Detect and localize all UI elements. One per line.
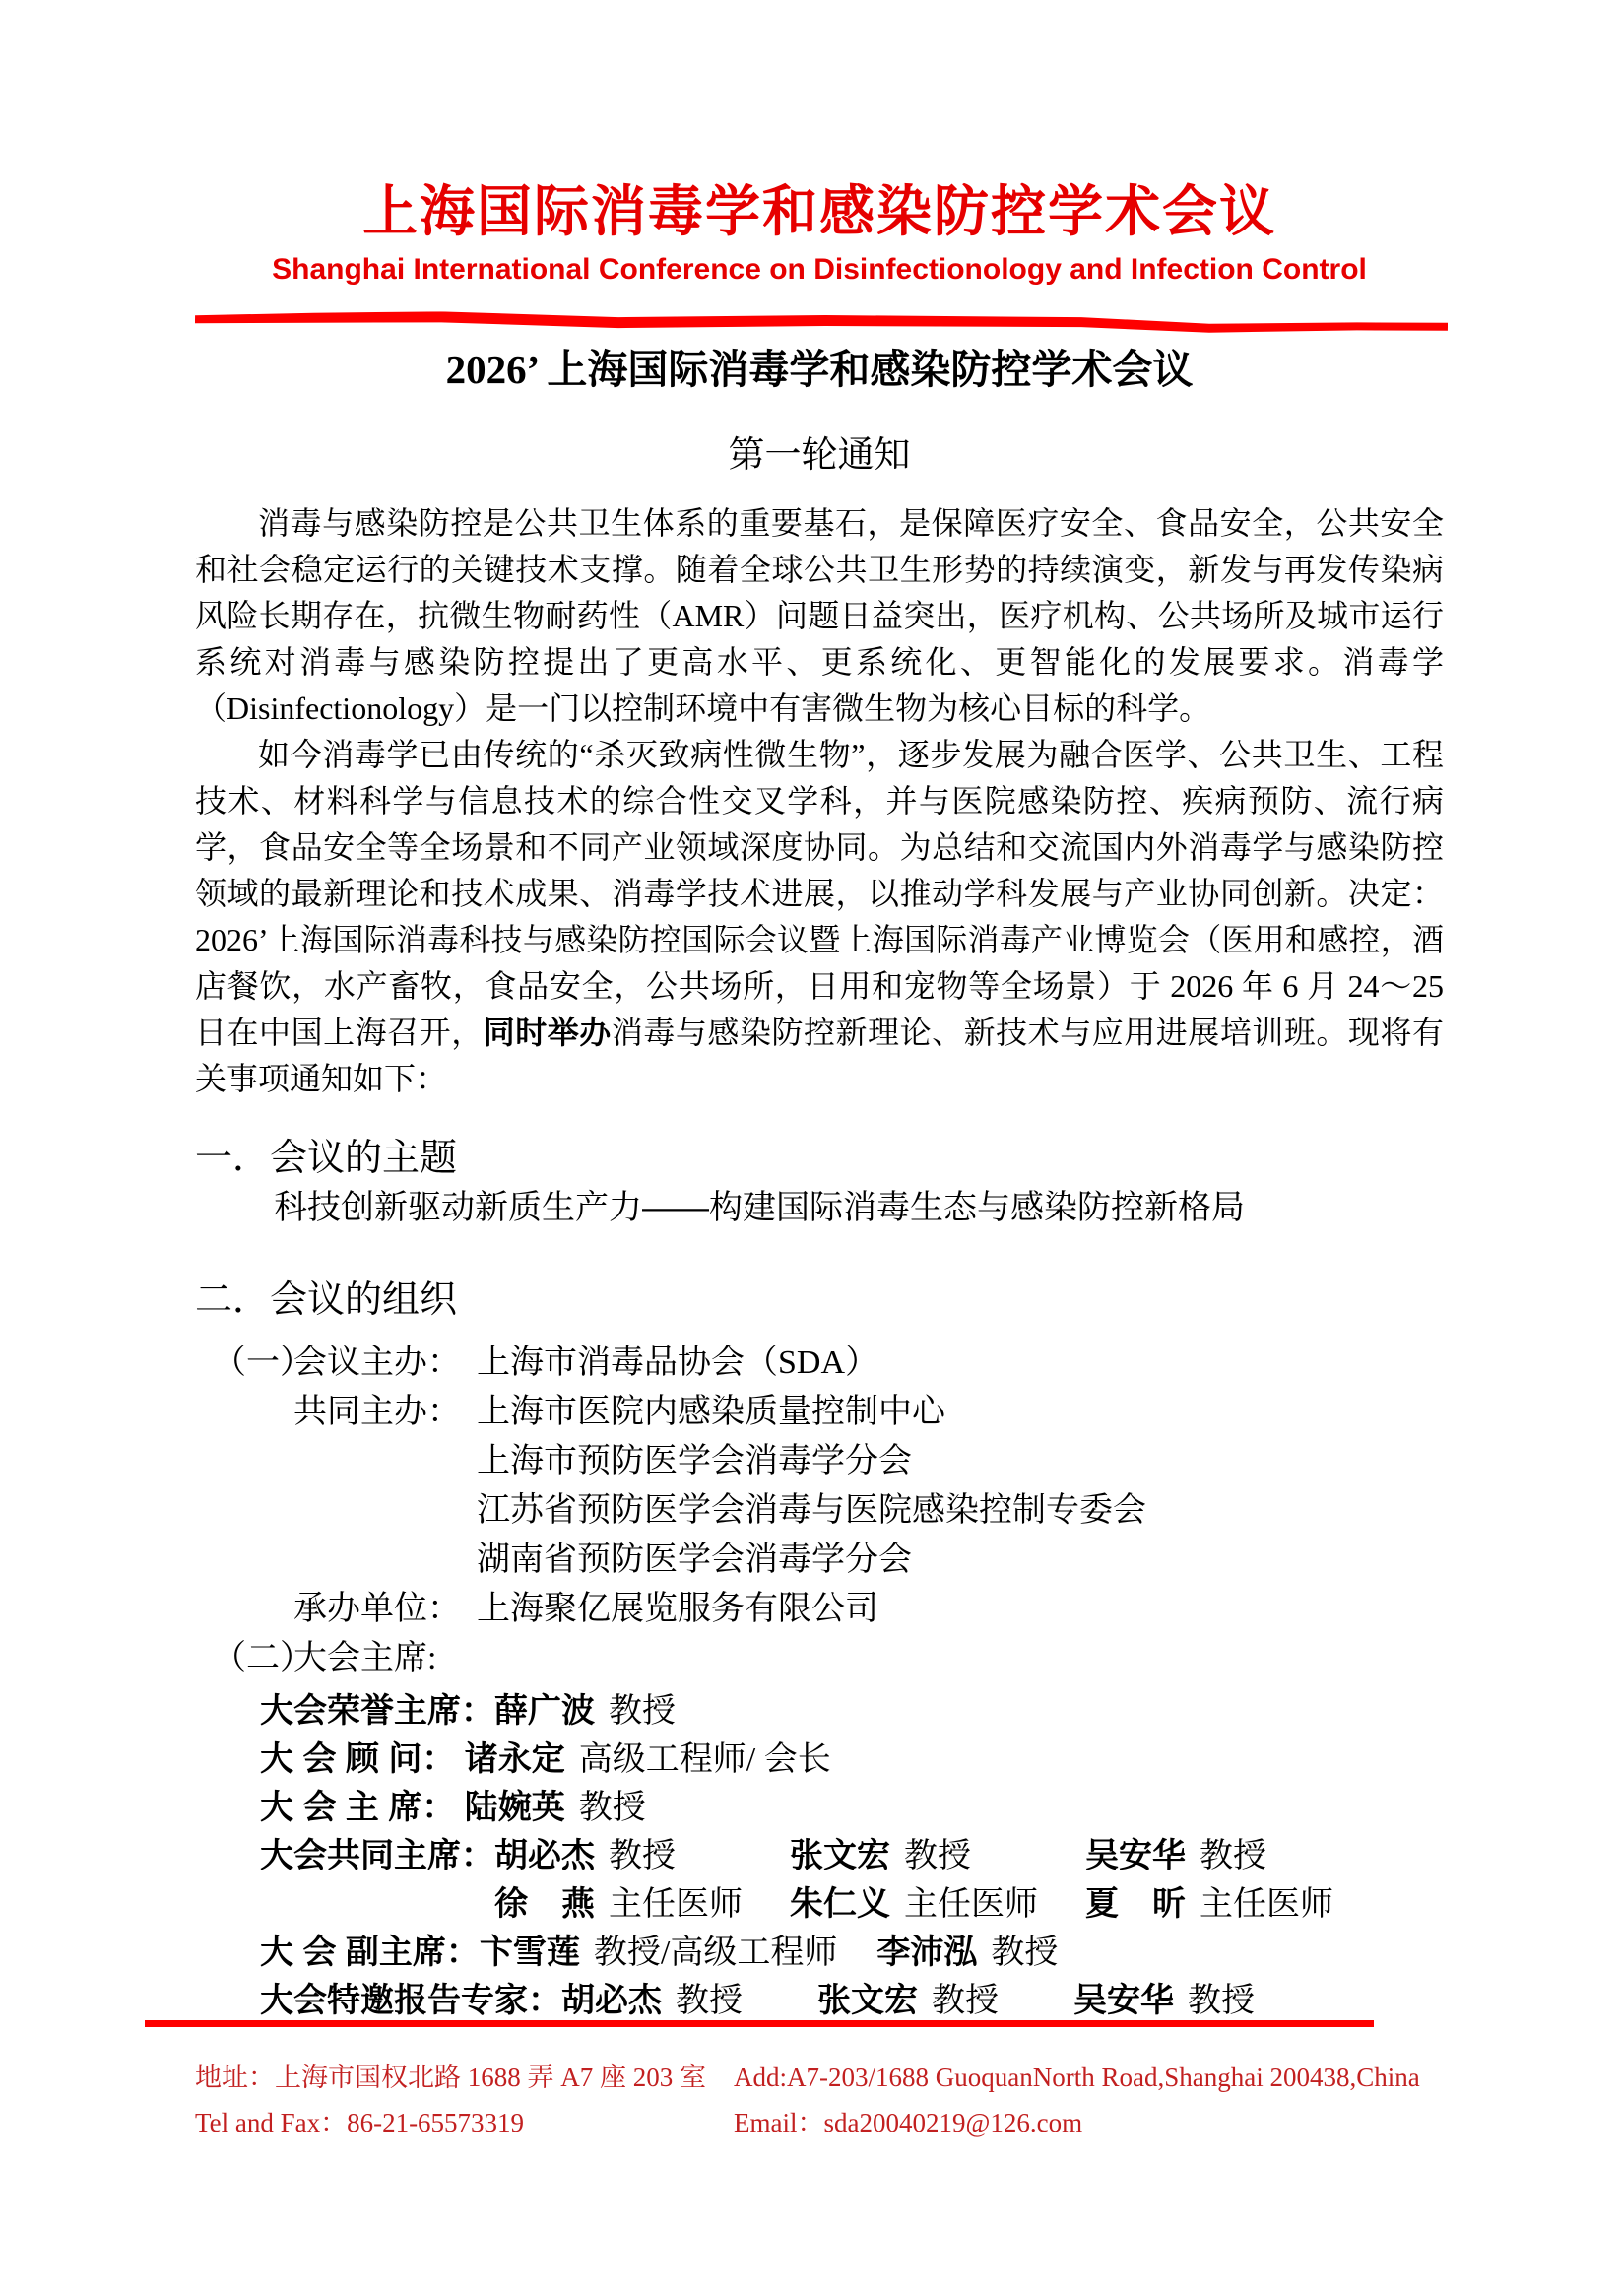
chair-person-title: 教授 — [609, 1838, 676, 1874]
org-prefix: （一） — [195, 1339, 293, 1388]
chair-row: 大会特邀报告专家：胡必杰教授张文宏教授吴安华教授 — [260, 1977, 1444, 2025]
org-row: 江苏省预防医学会消毒与医院感染控制专委会 — [195, 1486, 1444, 1536]
org-row: 湖南省预防医学会消毒学分会 — [195, 1536, 1444, 1585]
chair-person-name: 徐 燕 — [494, 1885, 595, 1923]
chair-role-label: 大 会 主 席： — [260, 1789, 465, 1826]
chair-person-name: 诸永定 — [465, 1740, 565, 1778]
org-row: 共同主办：上海市医院内感染质量控制中心 — [195, 1388, 1444, 1437]
document-page: 上海国际消毒学和感染防控学术会议 Shanghai International … — [0, 0, 1621, 2296]
chair-person: 薛广波教授 — [494, 1687, 676, 1736]
footer-tel: Tel and Fax：86-21-65573319 — [195, 2106, 524, 2139]
org-list: （一）会议主办：上海市消毒品协会（SDA） 共同主办：上海市医院内感染质量控制中… — [195, 1339, 1444, 1683]
chair-row: 大 会 主 席： 陆婉英教授 — [260, 1784, 1444, 1832]
org-value: 江苏省预防医学会消毒与医院感染控制专委会 — [477, 1486, 1146, 1536]
chair-row: 大 会 副主席：卞雪莲教授/高级工程师李沛泓教授 — [260, 1929, 1444, 1977]
chair-person-title: 主任医师 — [1200, 1886, 1333, 1923]
conference-theme: 科技创新驱动新质生产力——构建国际消毒生态与感染防控新格局 — [195, 1187, 1444, 1228]
chair-person-name: 胡必杰 — [561, 1982, 662, 2019]
chair-person-title: 主任医师 — [609, 1886, 743, 1923]
org-prefix: （二） — [195, 1634, 293, 1683]
chair-person: 诸永定高级工程师/ 会长 — [465, 1736, 831, 1784]
org-value: 上海市医院内感染质量控制中心 — [477, 1388, 945, 1437]
masthead-title-en: Shanghai International Conference on Dis… — [195, 252, 1444, 288]
notice-round-title: 第一轮通知 — [195, 433, 1444, 479]
chair-role-label: 大 会 副主席： — [260, 1934, 480, 1971]
chair-person-title: 教授 — [991, 1935, 1058, 1971]
chair-role-label: 大会共同主席： — [260, 1837, 494, 1874]
intro-paragraph-1: 消毒与感染防控是公共卫生体系的重要基石，是保障医疗安全、食品安全，公共安全和社会… — [195, 500, 1444, 732]
intro-paragraph-2: 如今消毒学已由传统的“杀灭致病性微生物”，逐步发展为融合医学、公共卫生、工程技术… — [195, 732, 1444, 1102]
chair-person-name: 张文宏 — [790, 1837, 890, 1874]
chair-person-name: 陆婉英 — [465, 1789, 565, 1826]
chair-person-name: 张文宏 — [817, 1982, 918, 2019]
chair-person-title: 教授 — [1188, 1983, 1255, 2019]
org-label: 共同主办： — [293, 1388, 477, 1437]
org-label: 会议主办： — [293, 1339, 477, 1388]
chair-role-label: 大 会 顾 问： — [260, 1740, 465, 1778]
chair-person-name: 李沛泓 — [876, 1934, 977, 1971]
chair-person-name: 卞雪莲 — [480, 1934, 580, 1971]
masthead-title-cn: 上海国际消毒学和感染防控学术会议 — [195, 181, 1444, 244]
chair-person: 吴安华教授 — [1085, 1832, 1381, 1880]
org-row: 上海市预防医学会消毒学分会 — [195, 1437, 1444, 1486]
chair-list: 大会荣誉主席：薛广波教授 大 会 顾 问： 诸永定高级工程师/ 会长 大 会 主… — [195, 1687, 1444, 2025]
chair-role-label: 大会特邀报告专家： — [260, 1982, 561, 2019]
conference-title: 2026’ 上海国际消毒学和感染防控学术会议 — [195, 345, 1444, 394]
section1-heading: 一．会议的主题 — [195, 1136, 1444, 1181]
org-value: 湖南省预防医学会消毒学分会 — [477, 1536, 912, 1585]
chair-person-name: 朱仁义 — [790, 1885, 890, 1923]
chair-person-title: 教授 — [932, 1983, 999, 2019]
chair-person: 陆婉英教授 — [465, 1784, 646, 1832]
footer-email: Email：sda20040219@126.com — [734, 2106, 1082, 2139]
chair-role-label: 大会荣誉主席： — [260, 1692, 494, 1730]
chair-row: 大会共同主席：胡必杰教授张文宏教授吴安华教授 — [260, 1832, 1444, 1880]
org-label: 大会主席: — [293, 1634, 477, 1683]
chair-person: 张文宏教授 — [790, 1832, 1085, 1880]
chair-row: 大 会 顾 问： 诸永定高级工程师/ 会长 — [260, 1736, 1444, 1784]
chair-person-name: 薛广波 — [494, 1692, 595, 1730]
org-row: （一）会议主办：上海市消毒品协会（SDA） — [195, 1339, 1444, 1388]
chair-person-name: 胡必杰 — [494, 1837, 595, 1874]
footer-rule — [145, 2020, 1374, 2027]
masthead: 上海国际消毒学和感染防控学术会议 Shanghai International … — [195, 181, 1444, 335]
chair-person: 张文宏教授 — [817, 1977, 1073, 2025]
chair-person: 胡必杰教授 — [494, 1832, 790, 1880]
masthead-rule — [195, 310, 1448, 338]
org-row: （二）大会主席: — [195, 1634, 1444, 1683]
org-label: 承办单位： — [293, 1585, 477, 1634]
intro-paragraph-2-text: 如今消毒学已由传统的“杀灭致病性微生物”，逐步发展为融合医学、公共卫生、工程技术… — [195, 737, 1444, 1050]
chair-row: 大会荣誉主席：薛广波教授 — [260, 1687, 1444, 1736]
chair-person: 胡必杰教授 — [561, 1977, 817, 2025]
chair-person-name: 吴安华 — [1085, 1837, 1186, 1874]
chair-person-title: 教授 — [609, 1693, 676, 1730]
chair-person-name: 吴安华 — [1073, 1982, 1174, 2019]
chair-person: 卞雪莲教授/高级工程师 — [480, 1929, 837, 1977]
chair-person-title: 教授 — [676, 1983, 743, 2019]
org-row: 承办单位：上海聚亿展览服务有限公司 — [195, 1585, 1444, 1634]
emphasis-text: 同时举办 — [484, 1015, 612, 1050]
chair-person-title: 主任医师 — [904, 1886, 1038, 1923]
chair-person: 吴安华教授 — [1073, 1977, 1329, 2025]
chair-person-title: 教授/高级工程师 — [594, 1935, 837, 1971]
chair-person: 夏 昕主任医师 — [1085, 1880, 1381, 1929]
chair-row: 徐 燕主任医师朱仁义主任医师夏 昕主任医师 — [260, 1880, 1444, 1929]
org-value: 上海市预防医学会消毒学分会 — [477, 1437, 912, 1486]
chair-person-title: 教授 — [579, 1790, 646, 1826]
org-value: 上海聚亿展览服务有限公司 — [477, 1585, 878, 1634]
chair-person-title: 教授 — [904, 1838, 971, 1874]
footer-address-en: Add:A7-203/1688 GuoquanNorth Road,Shangh… — [734, 2061, 1420, 2094]
footer-address-cn: 地址：上海市国权北路 1688 弄 A7 座 203 室 — [195, 2061, 706, 2094]
chair-person: 朱仁义主任医师 — [790, 1880, 1085, 1929]
chair-person-name: 夏 昕 — [1085, 1885, 1186, 1923]
section2-heading: 二．会议的组织 — [195, 1278, 1444, 1323]
org-value: 上海市消毒品协会（SDA） — [477, 1339, 878, 1388]
chair-person-title: 高级工程师/ 会长 — [579, 1741, 831, 1778]
chair-person: 李沛泓教授 — [876, 1929, 1058, 1977]
chair-person: 徐 燕主任医师 — [494, 1880, 790, 1929]
chair-person-title: 教授 — [1200, 1838, 1266, 1874]
